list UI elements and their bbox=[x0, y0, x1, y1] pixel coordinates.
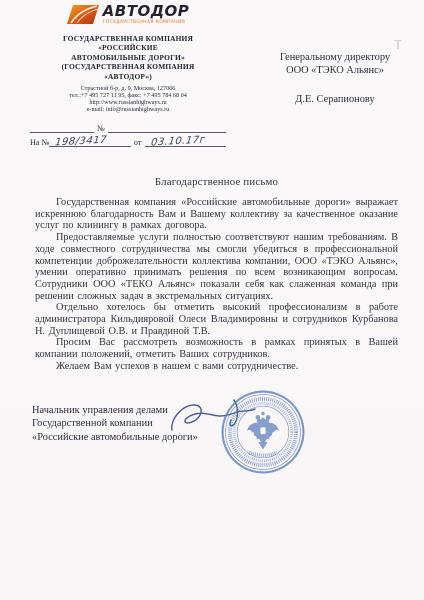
number-blank-line bbox=[108, 120, 226, 133]
letter-paragraph: Предоставляемые услуги полностью соответ… bbox=[35, 232, 398, 302]
reference-block: № На № 198/3417 от 03.10.17г bbox=[30, 119, 226, 147]
scanned-letter-page: АВТОДОР ГОСУДАРСТВЕННАЯ КОМПАНИЯ ГОСУДАР… bbox=[0, 0, 424, 600]
addressee-name: Д.Е. Серапионову bbox=[252, 93, 418, 106]
number-blank-line bbox=[30, 120, 94, 133]
letter-paragraph: Просим Вас рассмотреть возможность в рам… bbox=[35, 337, 398, 360]
company-address-line: e-mail: info@russianhighways.ru bbox=[26, 106, 230, 113]
number-sign: № bbox=[94, 124, 108, 133]
company-address-line: http://www.russianhighways.ru bbox=[26, 99, 230, 106]
company-name-line: «АВТОДОР») bbox=[26, 72, 230, 81]
avtodor-logo: АВТОДОР ГОСУДАРСТВЕННАЯ КОМПАНИЯ bbox=[26, 4, 230, 25]
letter-paragraph: Государственная компания «Российские авт… bbox=[35, 197, 398, 232]
brand-tagline: ГОСУДАРСТВЕННАЯ КОМПАНИЯ bbox=[103, 20, 190, 25]
reply-number-row: На № 198/3417 от 03.10.17г bbox=[30, 133, 226, 147]
brand-name: АВТОДОР bbox=[103, 4, 190, 19]
letter-title: Благодарственное письмо bbox=[35, 176, 398, 188]
letter-body: Государственная компания «Российские авт… bbox=[35, 197, 398, 373]
company-name-line: (ГОСУДАРСТВЕННАЯ КОМПАНИЯ bbox=[26, 62, 230, 71]
company-name-line: АВТОМОБИЛЬНЫЕ ДОРОГИ» bbox=[26, 53, 230, 62]
outgoing-number-row: № bbox=[30, 119, 226, 133]
company-name-block: ГОСУДАРСТВЕННАЯ КОМПАНИЯ«РОССИЙСКИЕАВТОМ… bbox=[26, 34, 230, 81]
handwritten-date: 03.10.17г bbox=[150, 135, 206, 149]
reply-date-line: 03.10.17г bbox=[145, 134, 227, 147]
road-icon bbox=[67, 4, 99, 25]
reply-label: На № bbox=[30, 138, 49, 147]
handwritten-number: 198/3417 bbox=[55, 135, 108, 149]
addressee-block: Генеральному директору ООО «ТЭКО Альянс»… bbox=[252, 51, 418, 106]
reply-number-line: 198/3417 bbox=[49, 134, 131, 147]
date-label: от bbox=[131, 138, 145, 147]
company-name-line: «РОССИЙСКИЕ bbox=[26, 43, 230, 52]
letterhead: АВТОДОР ГОСУДАРСТВЕННАЯ КОМПАНИЯ ГОСУДАР… bbox=[26, 4, 230, 113]
letter-paragraph: Отдельно хотелось бы отметить высокий пр… bbox=[35, 302, 398, 337]
company-address-line: Страстной б-р, д. 9, Москва, 127006 bbox=[26, 85, 230, 92]
addressee-company: ООО «ТЭКО Альянс» bbox=[252, 64, 418, 77]
letter-paragraph: Желаем Вам успехов в нашем с вами сотруд… bbox=[35, 361, 398, 373]
company-name-line: ГОСУДАРСТВЕННАЯ КОМПАНИЯ bbox=[26, 34, 230, 43]
addressee-position: Генеральному директору bbox=[252, 51, 418, 64]
company-address-line: тел.:+7 495 727 11 95, факс: +7 495 784 … bbox=[26, 92, 230, 99]
scan-artifact bbox=[394, 40, 401, 50]
company-address-block: Страстной б-р, д. 9, Москва, 127006тел.:… bbox=[26, 85, 230, 113]
official-round-stamp bbox=[220, 389, 306, 475]
